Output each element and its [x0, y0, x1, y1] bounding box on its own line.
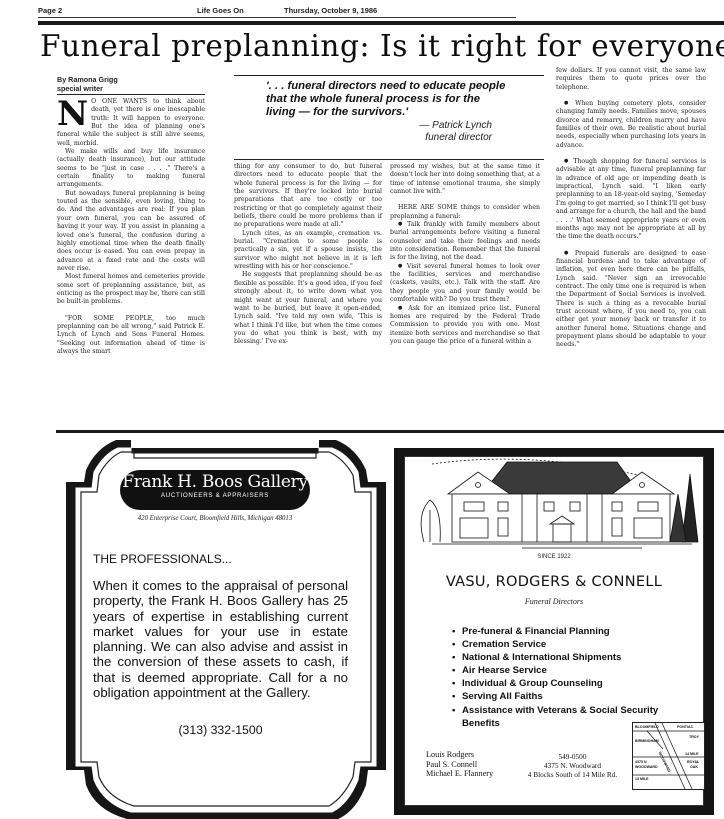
vasu-directions: 4 Blocks South of 14 Mile Rd. [515, 770, 630, 779]
folio-rule [38, 17, 516, 18]
map-label-address: 4375 N [635, 760, 647, 764]
paragraph: We make wills and buy life insurance (ac… [57, 148, 205, 190]
boos-body-copy: When it comes to the appraisal of person… [93, 578, 348, 700]
article-bottom-rule [56, 430, 724, 433]
paragraph: HERE ARE SOME things to consider when pr… [390, 204, 540, 221]
since-year: SINCE 1922 [404, 554, 704, 560]
paragraph: few dollars. If you cannot visit, the sa… [556, 67, 706, 92]
paragraph: thing for any consumer to do, but funera… [234, 163, 382, 230]
firm-name: VASU, RODGERS & CONNELL [404, 574, 704, 590]
service-item: National & International Shipments [452, 651, 692, 664]
service-item: Cremation Service [452, 638, 692, 651]
pullquote-title: funeral director [380, 132, 492, 144]
pullquote: '. . . funeral directors need to educate… [266, 80, 506, 120]
paragraph: But nowadays funeral preplanning is bein… [57, 190, 205, 273]
headline: Funeral preplanning: Is it right for eve… [40, 29, 724, 63]
boos-logo-subtitle: AUCTIONEERS & APPRAISERS [120, 492, 310, 499]
tip-item: When buying cemetery plots, consider cha… [556, 100, 706, 150]
map-label-birmingham: BIRMINGHAM [635, 739, 659, 743]
boos-logo-name: Frank H. Boos Gallery [120, 472, 310, 493]
paragraph: He suggests that preplanning should be a… [234, 271, 382, 346]
masthead-rule [38, 21, 724, 25]
directors-list: Louis Rodgers Paul S. Connell Michael E.… [426, 750, 493, 779]
services-list: Pre-funeral & Financial Planning Cremati… [452, 625, 692, 730]
map-label-14-mile: 14 MILE [685, 752, 699, 756]
map-label-oak: OAK [690, 765, 698, 769]
pullquote-name: — Patrick Lynch [380, 120, 492, 132]
director-name: Louis Rodgers [426, 750, 493, 760]
byline-role: special writer [57, 85, 118, 94]
pullquote-attribution: — Patrick Lynch funeral director [380, 120, 492, 144]
tip-item: Ask for an itemized price list. Funeral … [390, 305, 540, 347]
boos-heading: THE PROFESSIONALS... [93, 552, 232, 566]
vasu-contact: 549-0500 4375 N. Woodward 4 Blocks South… [515, 752, 630, 780]
director-name: Michael E. Flannery [426, 769, 493, 779]
vasu-phone: 549-0500 [515, 752, 630, 761]
map-label-woodward: WOODWARD [635, 765, 658, 769]
pullquote-rule-bottom [234, 159, 544, 160]
firm-subtitle: Funeral Directors [404, 597, 704, 606]
paragraph: "FOR SOME PEOPLE, too much preplanning c… [57, 315, 205, 357]
funeral-home-illustration [412, 454, 702, 554]
pullquote-rule-top [234, 75, 544, 76]
map-label-pontiac: PONTIAC [677, 725, 693, 729]
paragraph: Lynch cites, as an example, cremation vs… [234, 230, 382, 272]
service-item: Pre-funeral & Financial Planning [452, 625, 692, 638]
page-number: Page 2 [38, 6, 62, 15]
article-column-3: pressed my wishes, but at the same time … [390, 163, 540, 346]
map-label-troy: TROY [689, 735, 699, 739]
issue-date: Thursday, October 9, 1986 [284, 6, 377, 15]
service-item: Air Hearse Service [452, 664, 692, 677]
boos-logo: Frank H. Boos Gallery AUCTIONEERS & APPR… [120, 470, 310, 510]
location-map: BLOOMFIELD PONTIAC TROY BIRMINGHAM 14 MI… [632, 722, 705, 790]
tip-item: Prepaid funerals are designed to ease fi… [556, 250, 706, 350]
byline: By Ramona Grigg special writer [57, 76, 118, 93]
section-name: Life Goes On [197, 6, 244, 15]
article-column-1: NO ONE WANTS to think about death, yet t… [57, 98, 205, 356]
article-column-4: few dollars. If you cannot visit, the sa… [556, 67, 706, 350]
vasu-address: 4375 N. Woodward [515, 761, 630, 770]
tip-item: Talk frankly with family members about b… [390, 221, 540, 263]
map-label-bloomfield: BLOOMFIELD [635, 725, 659, 729]
tip-item: Visit several funeral homes to look over… [390, 263, 540, 305]
boos-address: 420 Enterprise Court, Bloomfield Hills, … [80, 515, 350, 522]
map-label-royal: ROYAL [687, 760, 699, 764]
paragraph: pressed my wishes, but at the same time … [390, 163, 540, 196]
service-item: Serving All Faiths [452, 690, 692, 703]
drop-cap: N [57, 100, 88, 128]
paragraph: Most funeral homes and cemeteries provid… [57, 273, 205, 306]
tip-item: Though shopping for funeral services is … [556, 158, 706, 241]
lead-paragraph: NO ONE WANTS to think about death, yet t… [57, 98, 205, 148]
map-label-13-mile: 13 MILE [635, 777, 649, 781]
director-name: Paul S. Connell [426, 760, 493, 770]
boos-phone: (313) 332-1500 [93, 723, 348, 737]
service-item: Individual & Group Counseling [452, 677, 692, 690]
article-column-2: thing for any consumer to do, but funera… [234, 163, 382, 347]
